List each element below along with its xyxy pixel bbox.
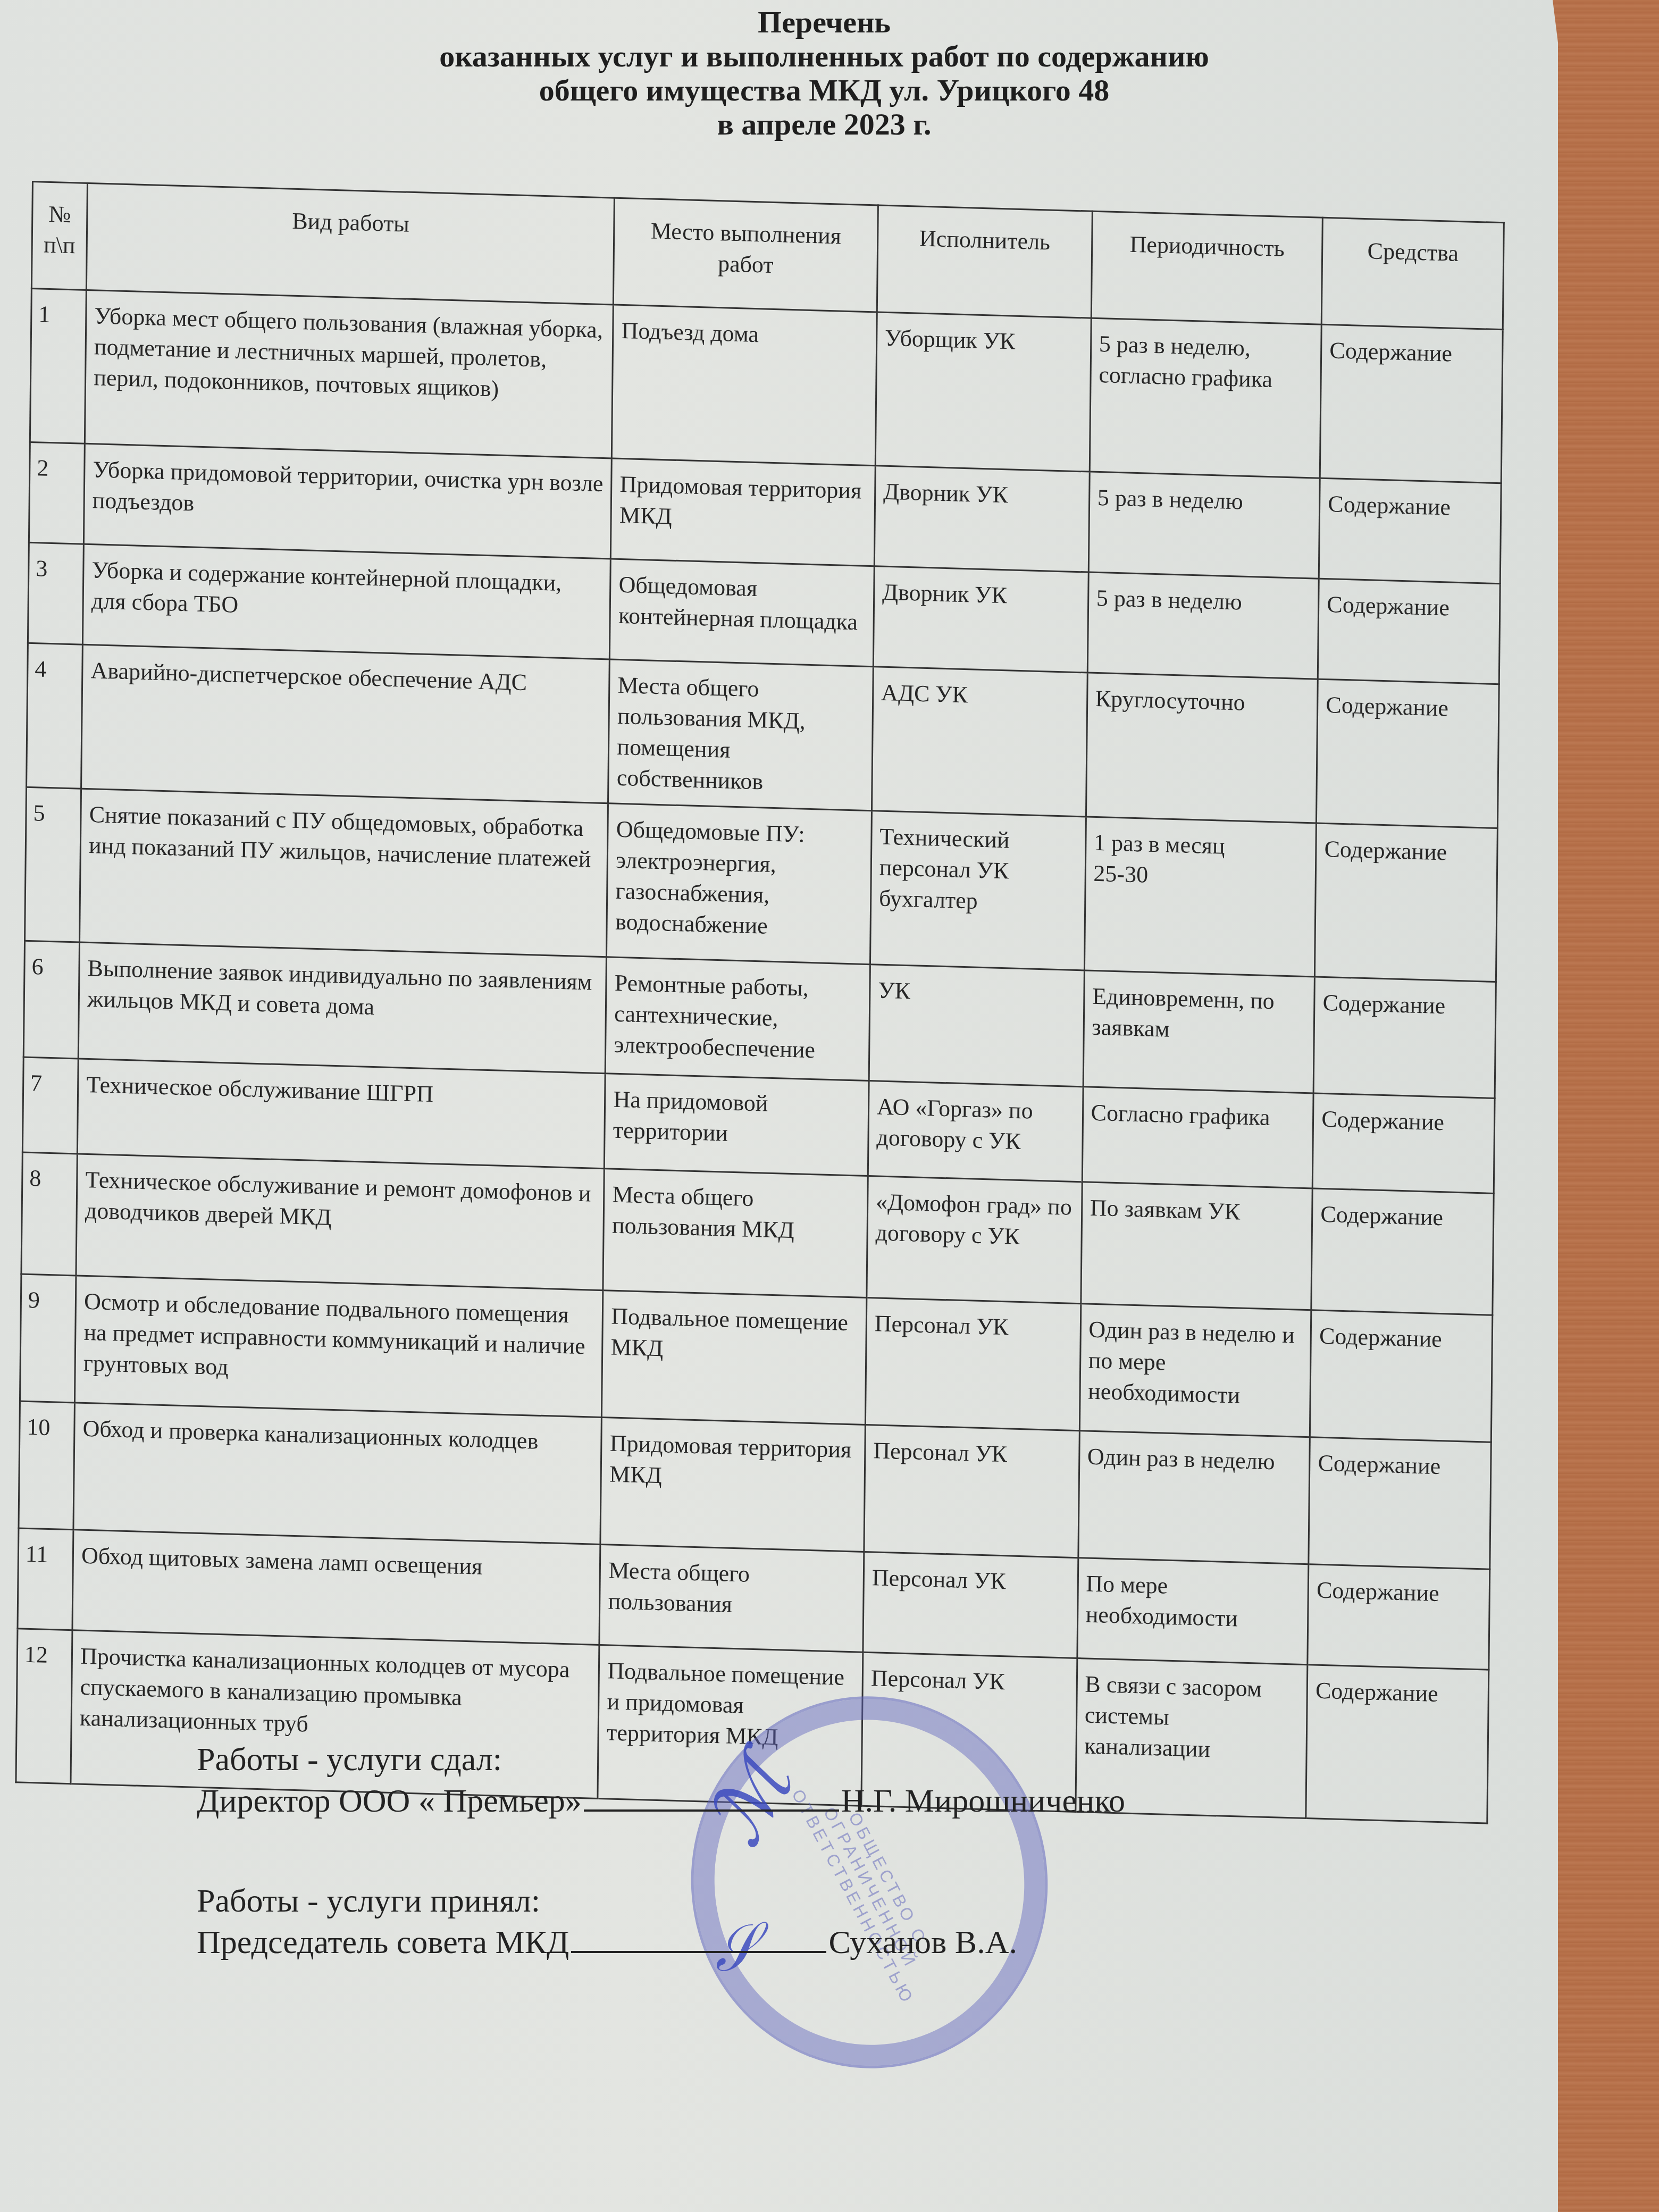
- cell-row-number: 12: [16, 1629, 72, 1784]
- cell-work-type: Обход щитовых замена ламп освещения: [72, 1530, 600, 1645]
- cell-periodicity: Единовременн, по заявкам: [1083, 970, 1315, 1093]
- handed-over-label: Работы - услуги сдал:: [197, 1739, 1125, 1780]
- cell-executor: Персонал УК: [865, 1297, 1080, 1430]
- cell-row-number: 3: [28, 542, 83, 644]
- cell-executor: АО «Горгаз» по договору с УК: [868, 1081, 1083, 1182]
- signature-line: [571, 1924, 826, 1953]
- cell-work-place: Общедомовая контейнерная площадка: [610, 559, 875, 667]
- cell-means: Содержание: [1312, 1093, 1495, 1193]
- signature-line: [584, 1783, 839, 1812]
- cell-work-place: Места общего пользования МКД, помещения …: [608, 659, 873, 811]
- cell-periodicity: 1 раз в месяц 25-30: [1084, 817, 1317, 977]
- cell-executor: Персонал УК: [863, 1552, 1078, 1658]
- cell-means: Содержание: [1320, 324, 1503, 483]
- cell-means: Содержание: [1310, 1310, 1493, 1442]
- cell-executor: Технический персонал УК бухгалтер: [870, 811, 1086, 970]
- handed-over-block: Работы - услуги сдал: Директор ООО « Пре…: [197, 1739, 1125, 1822]
- cell-row-number: 9: [20, 1274, 76, 1403]
- cell-work-type: Выполнение заявок индивидуально по заявл…: [78, 942, 606, 1074]
- cell-work-place: Подъезд дома: [612, 305, 877, 466]
- column-header-number: № п\п: [31, 182, 87, 290]
- cell-row-number: 5: [25, 787, 81, 942]
- cell-row-number: 1: [30, 288, 86, 443]
- cell-means: Содержание: [1309, 1437, 1491, 1569]
- title-line: оказанных услуг и выполненных работ по с…: [319, 39, 1329, 73]
- column-header-place: Место выполнения работ: [614, 198, 878, 312]
- cell-row-number: 2: [29, 442, 85, 544]
- cell-row-number: 4: [27, 643, 83, 789]
- cell-periodicity: 5 раз в неделю: [1087, 572, 1319, 679]
- signature-section: Работы - услуги сдал: Директор ООО « Пре…: [197, 1739, 1125, 2022]
- cell-work-place: Общедомовые ПУ: электроэнергия, газоснаб…: [607, 803, 872, 965]
- cell-means: Содержание: [1315, 823, 1498, 982]
- title-line: в апреле 2023 г.: [319, 107, 1329, 141]
- cell-means: Содержание: [1311, 1188, 1494, 1315]
- cell-row-number: 6: [23, 941, 80, 1059]
- handed-over-role: Директор ООО « Премьер»: [197, 1783, 582, 1819]
- works-table: № п\п Вид работы Место выполнения работ …: [15, 181, 1504, 1824]
- cell-means: Содержание: [1306, 1665, 1489, 1823]
- cell-executor: Персонал УК: [864, 1425, 1079, 1557]
- column-header-executor: Исполнитель: [877, 205, 1092, 318]
- cell-periodicity: 5 раз в неделю: [1088, 472, 1320, 579]
- cell-executor: Уборщик УК: [875, 312, 1091, 472]
- cell-work-place: Ремонтные работы, сантехнические, электр…: [606, 957, 870, 1081]
- cell-row-number: 11: [18, 1528, 73, 1630]
- cell-periodicity: По мере необходимости: [1077, 1558, 1309, 1665]
- cell-periodicity: По заявкам УК: [1080, 1182, 1312, 1310]
- cell-means: Содержание: [1308, 1564, 1490, 1670]
- cell-periodicity: Один раз в неделю и по мере необходимост…: [1079, 1304, 1311, 1437]
- column-header-periodicity: Периодичность: [1091, 211, 1323, 324]
- cell-periodicity: Один раз в неделю: [1078, 1431, 1310, 1564]
- cell-executor: Дворник УК: [873, 566, 1088, 673]
- accepted-name: Суханов В.А.: [828, 1924, 1017, 1960]
- cell-work-type: Аварийно-диспетчерское обеспечение АДС: [81, 644, 610, 803]
- column-header-work-type: Вид работы: [87, 183, 615, 305]
- accepted-role: Председатель совета МКД: [197, 1924, 569, 1960]
- cell-row-number: 7: [22, 1057, 78, 1154]
- cell-work-place: На придомовой территории: [605, 1074, 869, 1176]
- cell-row-number: 8: [21, 1152, 78, 1276]
- cell-work-type: Уборка мест общего пользования (влажная …: [85, 290, 614, 458]
- handed-over-name: Н.Г. Мирошниченко: [841, 1783, 1125, 1819]
- cell-work-type: Снятие показаний с ПУ общедомовых, обраб…: [80, 789, 608, 957]
- cell-work-type: Уборка и содержание контейнерной площадк…: [83, 544, 611, 659]
- cell-means: Содержание: [1313, 977, 1496, 1098]
- cell-work-type: Техническое обслуживание и ремонт домофо…: [76, 1154, 604, 1291]
- cell-periodicity: 5 раз в неделю, согласно графика: [1090, 318, 1322, 478]
- cell-means: Содержание: [1317, 679, 1499, 828]
- cell-executor: УК: [869, 965, 1084, 1087]
- cell-work-place: Подвальное помещение МКД: [602, 1291, 867, 1425]
- cell-work-type: Осмотр и обследование подвального помеще…: [75, 1276, 604, 1418]
- title-line: Перечень: [319, 5, 1329, 39]
- cell-means: Содержание: [1319, 478, 1501, 583]
- cell-row-number: 10: [19, 1401, 75, 1530]
- cell-work-type: Обход и проверка канализационных колодце…: [73, 1403, 602, 1545]
- cell-executor: «Домофон град» по договору с УК: [867, 1176, 1082, 1304]
- cell-executor: АДС УК: [872, 667, 1087, 817]
- cell-means: Содержание: [1318, 579, 1501, 684]
- cell-periodicity: Согласно графика: [1082, 1087, 1313, 1188]
- document-title: Перечень оказанных услуг и выполненных р…: [319, 5, 1329, 141]
- cell-work-type: Техническое обслуживание ШГРП: [78, 1059, 606, 1169]
- title-line: общего имущества МКД ул. Урицкого 48: [319, 73, 1329, 107]
- accepted-label: Работы - услуги принял:: [197, 1880, 1125, 1922]
- cell-work-place: Места общего пользования МКД: [603, 1169, 868, 1298]
- cell-periodicity: Круглосуточно: [1086, 673, 1318, 823]
- cell-work-place: Придомовая территория МКД: [611, 458, 876, 566]
- cell-work-type: Уборка придомовой территории, очистка ур…: [84, 443, 612, 559]
- cell-work-place: Места общего пользования: [599, 1545, 864, 1653]
- accepted-block: Работы - услуги принял: Председатель сов…: [197, 1880, 1125, 1963]
- column-header-means: Средства: [1321, 217, 1504, 329]
- cell-work-place: Придомовая территория МКД: [600, 1418, 865, 1552]
- cell-executor: Дворник УК: [874, 466, 1090, 572]
